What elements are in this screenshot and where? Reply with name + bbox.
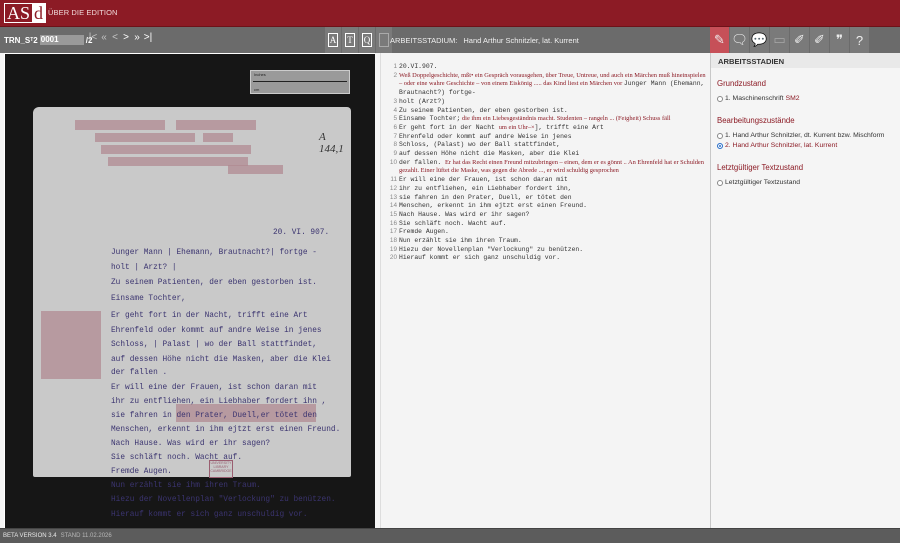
version-label: BETA VERSION 3.4 bbox=[3, 533, 57, 539]
quote-icon[interactable]: ❞ bbox=[830, 27, 849, 53]
transcript-line: 7Ehrenfeld oder kommt auf andre Weise in… bbox=[387, 133, 706, 142]
handwriting-zone[interactable] bbox=[75, 120, 165, 130]
radio-maschinenschrift[interactable]: 1. Maschinenschrift SM2 bbox=[717, 95, 900, 102]
transcript-line: 8Schloss, (Palast) wo der Ball stattfind… bbox=[387, 141, 706, 150]
handwritten-addition[interactable]: Er hat das Recht einen Freund mitzubring… bbox=[399, 159, 704, 175]
typed-text: holt (Arzt?) bbox=[399, 98, 445, 105]
line-number: 16 bbox=[387, 220, 399, 229]
handwriting-zone[interactable] bbox=[95, 133, 195, 142]
section-heading: Bearbeitungszustände bbox=[717, 116, 900, 125]
option-extra: SM2 bbox=[786, 95, 800, 102]
line-number: 12 bbox=[387, 185, 399, 194]
line-text: Nun erzählt sie ihm ihren Traum. bbox=[399, 237, 706, 246]
scale-ruler: Inches cm bbox=[250, 70, 350, 94]
radio-button[interactable] bbox=[717, 180, 723, 186]
line-text: Sie schläft noch. Wacht auf. bbox=[399, 220, 706, 229]
line-number: 2 bbox=[387, 72, 399, 98]
last-page-icon[interactable]: >| bbox=[143, 32, 153, 43]
typed-line: Zu seinem Patienten, der eben gestorben … bbox=[111, 279, 317, 287]
text-view-button[interactable]: T bbox=[342, 27, 358, 53]
ruler-ticks bbox=[253, 81, 347, 82]
pager: |< « < > » >| bbox=[88, 32, 153, 43]
transcript-line: 11Er will eine der Frauen, ist schon dar… bbox=[387, 176, 706, 185]
line-number: 20 bbox=[387, 254, 399, 263]
ruler-inches-label: Inches bbox=[254, 72, 266, 77]
typed-text: ihr zu entfliehen, ein Liebhaber fordert… bbox=[399, 185, 572, 192]
view-mode-buttons: A T Q bbox=[325, 27, 393, 53]
line-number: 3 bbox=[387, 98, 399, 107]
line-number: 18 bbox=[387, 237, 399, 246]
line-number: 17 bbox=[387, 228, 399, 237]
transcript-line: 14Menschen, erkennt in ihm ejtzt erst ei… bbox=[387, 202, 706, 211]
typed-text: Ehrenfeld oder kommt auf andre Weise in … bbox=[399, 133, 572, 140]
page-view-icon bbox=[379, 33, 389, 47]
typed-text: Fremde Augen. bbox=[399, 228, 449, 235]
zoom-view-button[interactable]: Q bbox=[359, 27, 375, 53]
typed-text: Er geht fort in der Nacht bbox=[399, 124, 499, 131]
transcript-panel: 120.VI.907.2Weß Doppelgeschichte, mßt• e… bbox=[380, 53, 710, 528]
pencil-tag-alt-icon[interactable]: ✐ bbox=[810, 27, 829, 53]
option-label: Letztgültiger Textzustand bbox=[725, 179, 800, 186]
handwriting-zone[interactable] bbox=[101, 145, 251, 154]
typed-line: Hierauf kommt er sich ganz unschuldig vo… bbox=[111, 511, 308, 519]
typed-text: Sie schläft noch. Wacht auf. bbox=[399, 220, 506, 227]
facsimile-viewer[interactable]: Inches cm A 144,1 20. VI. 907. Junger Ma… bbox=[4, 53, 375, 528]
manuscript-page: A 144,1 20. VI. 907. Junger Mann | Ehema… bbox=[33, 107, 351, 477]
typed-line: Junger Mann | Ehemann, Brautnacht?| fort… bbox=[111, 249, 317, 257]
transcript-line: 17Fremde Augen. bbox=[387, 228, 706, 237]
radio-button-selected[interactable] bbox=[717, 143, 723, 149]
line-text: Fremde Augen. bbox=[399, 228, 706, 237]
comment-dots-icon[interactable]: 💬 bbox=[750, 27, 769, 53]
line-text: Weß Doppelgeschichte, mßt• ein Gespräch … bbox=[399, 72, 706, 98]
transcript-line: 13sie fahren in den Prater, Duell, er tö… bbox=[387, 194, 706, 203]
transcript-line: 16Sie schläft noch. Wacht auf. bbox=[387, 220, 706, 229]
typed-text: Er will eine der Frauen, ist schon daran… bbox=[399, 176, 568, 183]
typed-line: Fremde Augen. bbox=[111, 468, 172, 476]
line-text: 20.VI.907. bbox=[399, 63, 706, 72]
section-heading: Grundzustand bbox=[717, 79, 900, 88]
radio-dt-kurrent[interactable]: 1. Hand Arthur Schnitzler, dt. Kurrent b… bbox=[717, 132, 900, 139]
work-stage-value: Hand Arthur Schnitzler, lat. Kurrent bbox=[463, 36, 578, 45]
line-text: Hiezu der Novellenplan "Verlockung" zu b… bbox=[399, 246, 706, 255]
transcript-line: 12ihr zu entfliehen, ein Liebhaber forde… bbox=[387, 185, 706, 194]
work-stages-sidebar: ARBEITSSTADIEN Grundzustand 1. Maschinen… bbox=[710, 53, 900, 528]
transcript-line: 15Nach Hause. Was wird er ihr sagen? bbox=[387, 211, 706, 220]
transcript-line: 18Nun erzählt sie ihm ihren Traum. bbox=[387, 237, 706, 246]
line-text: Nach Hause. Was wird er ihr sagen? bbox=[399, 211, 706, 220]
typed-line: Ehrenfeld oder kommt auf andre Weise in … bbox=[111, 327, 322, 335]
next-page-icon[interactable]: > bbox=[121, 32, 131, 43]
handwriting-zone[interactable] bbox=[176, 120, 256, 130]
handwritten-addition[interactable]: die ihm ein Liebesgeständnis macht. Stud… bbox=[460, 115, 670, 122]
typed-line: Menschen, erkennt in ihm ejtzt erst eine… bbox=[111, 426, 340, 434]
line-number: 19 bbox=[387, 246, 399, 255]
typed-line: Nun erzählt sie ihm ihren Traum. bbox=[111, 482, 261, 490]
line-number: 10 bbox=[387, 159, 399, 176]
logo-text-left: AS bbox=[5, 4, 32, 22]
typed-line: Nach Hause. Was wird er ihr sagen? bbox=[111, 440, 270, 448]
transcript-line: 120.VI.907. bbox=[387, 63, 706, 72]
typed-text: Menschen, erkennt in ihm ejtzt erst eine… bbox=[399, 202, 587, 209]
line-text: sie fahren in den Prater, Duell, er töte… bbox=[399, 194, 706, 203]
typed-line: auf dessen Höhe nicht die Masken, aber d… bbox=[111, 356, 331, 364]
prev-page-icon[interactable]: < bbox=[110, 32, 120, 43]
line-number: 1 bbox=[387, 63, 399, 72]
handwriting-zone[interactable] bbox=[41, 311, 101, 379]
fast-back-icon[interactable]: « bbox=[99, 32, 109, 43]
line-text: holt (Arzt?) bbox=[399, 98, 706, 107]
line-number: 6 bbox=[387, 124, 399, 133]
line-number: 14 bbox=[387, 202, 399, 211]
section-editing-states: Bearbeitungszustände 1. Hand Arthur Schn… bbox=[711, 116, 900, 149]
line-number: 5 bbox=[387, 115, 399, 124]
transcript-line: 5Einsame Tochter; die ihm ein Liebesgest… bbox=[387, 115, 706, 124]
fast-forward-icon[interactable]: » bbox=[132, 32, 142, 43]
work-stage-label: ARBEITSSTADIUM: bbox=[390, 36, 457, 45]
line-number: 7 bbox=[387, 133, 399, 142]
section-base-state: Grundzustand 1. Maschinenschrift SM2 bbox=[711, 79, 900, 102]
nav-about-edition[interactable]: ÜBER DIE EDITION bbox=[48, 8, 118, 17]
typed-line: sie fahren in den Prater, Duell,er tötet… bbox=[111, 412, 317, 420]
handwriting-zone[interactable] bbox=[203, 133, 233, 142]
typed-text: Schloss, (Palast) wo der Ball stattfinde… bbox=[399, 141, 560, 148]
archive-number: A 144,1 bbox=[319, 131, 351, 155]
edit-stages-icon[interactable]: ✎ bbox=[710, 27, 729, 53]
transcript-line: 10der fallen. Er hat das Recht einen Fre… bbox=[387, 159, 706, 176]
typed-text: ], trifft eine Art bbox=[535, 124, 604, 131]
typed-line: ihr zu entfliehen, ein Liebhaber fordert… bbox=[111, 398, 326, 406]
footer: BETA VERSION 3.4STAND 11.02.2026 bbox=[0, 528, 900, 543]
trn-prefix: TRN_S bbox=[4, 36, 30, 45]
typed-line: Er geht fort in der Nacht, trifft eine A… bbox=[111, 312, 308, 320]
transcript-line: 4Zu seinem Patienten, der eben gestorben… bbox=[387, 107, 706, 116]
line-text: der fallen. Er hat das Recht einen Freun… bbox=[399, 159, 706, 176]
option-label: 1. Hand Arthur Schnitzler, dt. Kurrent b… bbox=[725, 132, 884, 139]
transcript-line: 2Weß Doppelgeschichte, mßt• ein Gespräch… bbox=[387, 72, 706, 98]
page-number-input[interactable] bbox=[40, 35, 84, 45]
typed-text: Hiezu der Novellenplan "Verlockung" zu b… bbox=[399, 246, 583, 253]
typed-line: Schloss, | Palast | wo der Ball stattfin… bbox=[111, 341, 317, 349]
typed-line: 20. VI. 907. bbox=[273, 229, 329, 237]
line-text: Ehrenfeld oder kommt auf andre Weise in … bbox=[399, 133, 706, 142]
typed-text: Nach Hause. Was wird er ihr sagen? bbox=[399, 211, 529, 218]
pencil-tag-icon[interactable]: ✐ bbox=[790, 27, 809, 53]
work-stage-indicator: ARBEITSSTADIUM:Hand Arthur Schnitzler, l… bbox=[390, 36, 579, 45]
tool-tabs: ✎ 🗨 💬 ▭ ✐ ✐ ❞ ? bbox=[710, 27, 870, 53]
logo-text-right: d bbox=[32, 4, 45, 22]
line-text: Er will eine der Frauen, ist schon daran… bbox=[399, 176, 706, 185]
typed-line: holt | Arzt? | bbox=[111, 264, 177, 272]
transcript-line: 20Hierauf kommt er sich ganz unschuldig … bbox=[387, 254, 706, 263]
typed-line: der fallen . bbox=[111, 369, 167, 377]
line-number: 15 bbox=[387, 211, 399, 220]
typed-text: Nun erzählt sie ihm ihren Traum. bbox=[399, 237, 522, 244]
comment-icon[interactable]: 🗨 bbox=[730, 27, 749, 53]
line-number: 13 bbox=[387, 194, 399, 203]
transcript-line: 9auf dessen Höhe nicht die Masken, aber … bbox=[387, 150, 706, 159]
transcript-line: 6Er geht fort in der Nacht um ein Uhr–×]… bbox=[387, 124, 706, 133]
font-view-button[interactable]: A bbox=[325, 27, 341, 53]
line-text: Hierauf kommt er sich ganz unschuldig vo… bbox=[399, 254, 706, 263]
asd-logo[interactable]: AS d bbox=[4, 3, 46, 23]
help-icon[interactable]: ? bbox=[850, 27, 869, 53]
section-heading: Letztgültiger Textzustand bbox=[717, 163, 900, 172]
option-label: 1. Maschinenschrift bbox=[725, 95, 784, 102]
section-final-state: Letztgültiger Textzustand Letztgültiger … bbox=[711, 163, 900, 186]
line-number: 11 bbox=[387, 176, 399, 185]
library-stamp: UNIVERSITY LIBRARY CAMBRIDGE bbox=[209, 460, 233, 478]
trn-suffix: 2 bbox=[33, 36, 37, 45]
document-id: TRN_ST2 /2 bbox=[4, 35, 92, 45]
typed-line: Hiezu der Novellenplan "Verlockung" zu b… bbox=[111, 496, 336, 504]
text-view-icon: T bbox=[345, 33, 355, 47]
line-text: auf dessen Höhe nicht die Masken, aber d… bbox=[399, 150, 706, 159]
radio-lat-kurrent[interactable]: 2. Hand Arthur Schnitzler, lat. Kurrent bbox=[717, 142, 900, 149]
line-text: ihr zu entfliehen, ein Liebhaber fordert… bbox=[399, 185, 706, 194]
option-label: 2. Hand Arthur Schnitzler, lat. Kurrent bbox=[725, 142, 837, 149]
typed-text: 20.VI.907. bbox=[399, 63, 437, 70]
transcript-line: 19Hiezu der Novellenplan "Verlockung" zu… bbox=[387, 246, 706, 255]
typed-text: Zu seinem Patienten, der eben gestorben … bbox=[399, 107, 568, 114]
radio-final-state[interactable]: Letztgültiger Textzustand bbox=[717, 179, 900, 186]
first-page-icon[interactable]: |< bbox=[88, 32, 98, 43]
zoom-view-icon: Q bbox=[362, 33, 372, 47]
comment-lines-icon[interactable]: ▭ bbox=[770, 27, 789, 53]
typed-text: Hierauf kommt er sich ganz unschuldig vo… bbox=[399, 254, 560, 261]
line-text: Zu seinem Patienten, der eben gestorben … bbox=[399, 107, 706, 116]
typed-line: Er will eine der Frauen, ist schon daran… bbox=[111, 384, 317, 392]
radio-button[interactable] bbox=[717, 133, 723, 139]
handwriting-zone[interactable] bbox=[108, 157, 248, 166]
ruler-cm-label: cm bbox=[254, 87, 259, 92]
line-number: 4 bbox=[387, 107, 399, 116]
transcript-line: 3holt (Arzt?) bbox=[387, 98, 706, 107]
sidebar-title: ARBEITSSTADIEN bbox=[711, 53, 900, 68]
line-number: 9 bbox=[387, 150, 399, 159]
line-text: Einsame Tochter; die ihm ein Liebesgestä… bbox=[399, 115, 706, 124]
font-view-icon: A bbox=[328, 33, 338, 47]
typed-text: Einsame Tochter; bbox=[399, 115, 460, 122]
typed-text: sie fahren in den Prater, Duell, er töte… bbox=[399, 194, 572, 201]
radio-button[interactable] bbox=[717, 96, 723, 102]
typed-text: der fallen. bbox=[399, 159, 445, 166]
line-text: Schloss, (Palast) wo der Ball stattfinde… bbox=[399, 141, 706, 150]
stand-date: STAND 11.02.2026 bbox=[61, 533, 112, 539]
line-text: Er geht fort in der Nacht um ein Uhr–×],… bbox=[399, 124, 706, 133]
handwriting-zone[interactable] bbox=[228, 165, 283, 174]
handwritten-addition[interactable]: um ein Uhr–× bbox=[499, 124, 535, 131]
top-bar: AS d ÜBER DIE EDITION bbox=[0, 0, 900, 27]
line-number: 8 bbox=[387, 141, 399, 150]
line-text: Menschen, erkennt in ihm ejtzt erst eine… bbox=[399, 202, 706, 211]
typed-line: Einsame Tochter, bbox=[111, 295, 186, 303]
typed-text: auf dessen Höhe nicht die Masken, aber d… bbox=[399, 150, 579, 157]
